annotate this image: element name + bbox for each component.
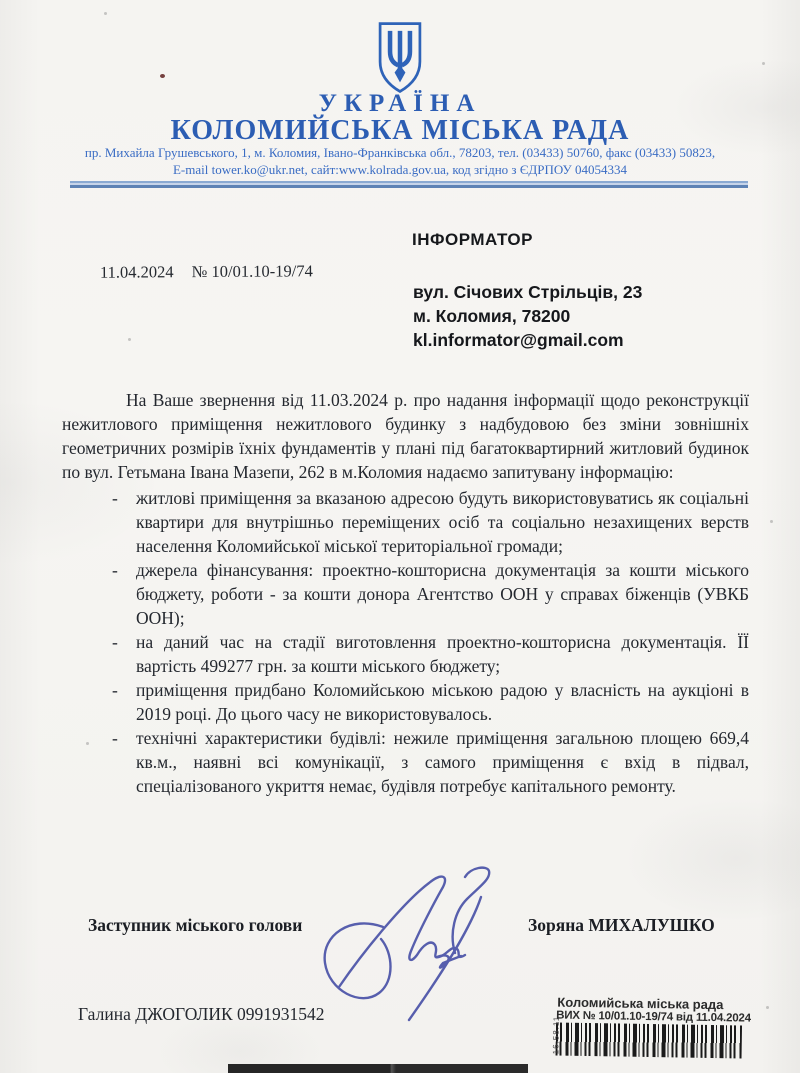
letterhead-address-line2: E-mail tower.ko@ukr.net, сайт:www.kolrad… xyxy=(0,162,800,178)
recipient-email: kl.informator@gmail.com xyxy=(413,328,642,352)
letterhead-country: УКРАЇНА xyxy=(0,90,800,118)
reference-number: № 10/01.10-19/74 xyxy=(192,261,313,281)
letter-intro-paragraph: На Ваше звернення від 11.03.2024 р. про … xyxy=(62,388,749,484)
letterhead-address-line1: пр. Михайла Грушевського, 1, м. Коломия,… xyxy=(0,145,800,161)
scan-speck xyxy=(766,1006,769,1009)
ukraine-trident-icon xyxy=(369,20,431,96)
list-item: джерела фінансування: проектно-кошторисн… xyxy=(136,558,749,630)
ink-speck xyxy=(160,74,165,78)
list-item: приміщення придбано Коломийською міською… xyxy=(136,678,749,726)
signer-name: Зоряна МИХАЛУШКО xyxy=(528,915,715,936)
letterhead-divider xyxy=(70,181,748,188)
scan-speck xyxy=(128,338,131,341)
reference-line: 11.04.2024№ 10/01.10-19/74 xyxy=(100,261,313,282)
scan-speck xyxy=(770,520,773,523)
recipient-name: ІНФОРМАТОР xyxy=(412,230,533,250)
recipient-city: м. Коломия, 78200 xyxy=(413,304,642,328)
barcode xyxy=(556,1023,742,1059)
letter-item-list: житлові приміщення за вказаною адресою б… xyxy=(62,486,749,798)
scan-speck xyxy=(86,742,89,745)
handwritten-signature xyxy=(295,857,505,1022)
list-item: житлові приміщення за вказаною адресою б… xyxy=(136,486,749,558)
reference-date: 11.04.2024 xyxy=(100,262,174,282)
scan-speck xyxy=(762,62,765,65)
executor-contact: Галина ДЖОГОЛИК 0991931542 xyxy=(78,1004,325,1025)
signer-position-title: Заступник міського голови xyxy=(88,915,302,936)
registration-stamp: Коломийська міська рада ВИХ № 10/01.10-1… xyxy=(546,994,752,1058)
recipient-street: вул. Січових Стрільців, 23 xyxy=(413,280,642,304)
scanned-letter-page: УКРАЇНА КОЛОМИЙСЬКА МІСЬКА РАДА пр. Миха… xyxy=(0,0,800,1073)
scan-edge-bar xyxy=(228,1064,528,1073)
letter-body: На Ваше звернення від 11.03.2024 р. про … xyxy=(62,388,749,798)
recipient-address: вул. Січових Стрільців, 23 м. Коломия, 7… xyxy=(413,280,642,352)
scan-speck xyxy=(104,12,107,15)
list-item: технічні характеристики будівлі: нежиле … xyxy=(136,726,749,798)
stamp-time: 16.58.11 xyxy=(551,1016,561,1055)
list-item: на даний час на стадії виготовлення прое… xyxy=(136,630,749,678)
letterhead-organization: КОЛОМИЙСЬКА МІСЬКА РАДА xyxy=(0,115,800,147)
